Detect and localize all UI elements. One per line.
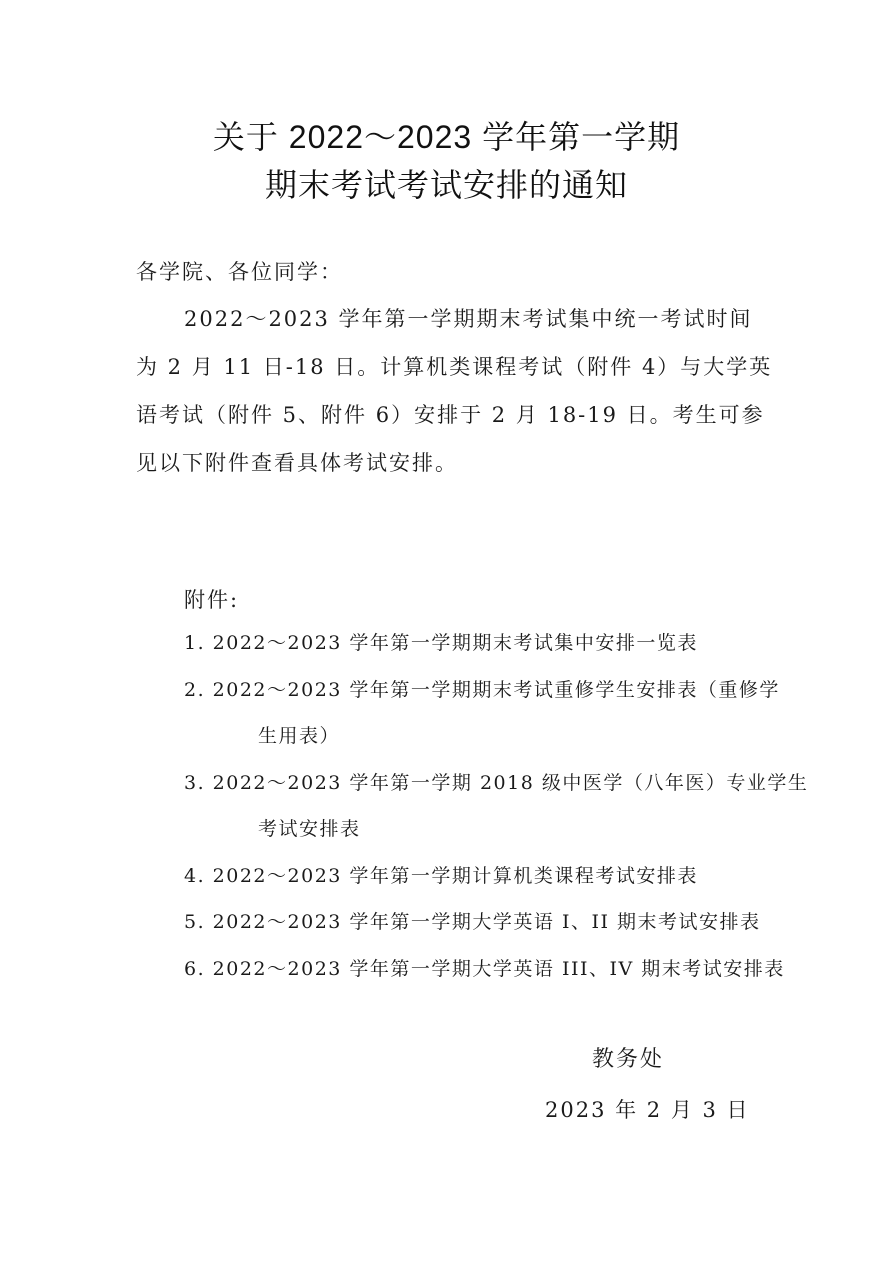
signature-date: 2023 年 2 月 3 日 <box>545 1094 750 1124</box>
paragraph-line: 见以下附件查看具体考试安排。 <box>136 439 766 487</box>
signature-office: 教务处 <box>592 1042 664 1073</box>
body-paragraph: 2022～2023 学年第一学期期末考试集中统一考试时间 为 2 月 11 日-… <box>136 295 766 487</box>
paragraph-line: 为 2 月 11 日-18 日。计算机类课程考试（附件 4）与大学英 <box>136 343 766 391</box>
attachment-item-6: 6. 2022～2023 学年第一学期大学英语 III、IV 期末考试安排表 <box>184 946 808 993</box>
attachment-item-3: 3. 2022～2023 学年第一学期 2018 级中医学（八年医）专业学生 <box>184 760 808 807</box>
attachment-item-2: 2. 2022～2023 学年第一学期期末考试重修学生安排表（重修学 <box>184 667 808 714</box>
paragraph-line: 2022～2023 学年第一学期期末考试集中统一考试时间 <box>136 295 766 343</box>
attachment-item-2-continuation: 生用表） <box>184 713 808 760</box>
title-line-2: 期末考试考试安排的通知 <box>0 160 893 206</box>
attachment-item-5: 5. 2022～2023 学年第一学期大学英语 I、II 期末考试安排表 <box>184 899 808 946</box>
salutation: 各学院、各位同学： <box>136 248 343 296</box>
paragraph-line: 语考试（附件 5、附件 6）安排于 2 月 18-19 日。考生可参 <box>136 391 766 439</box>
attachment-item-4: 4. 2022～2023 学年第一学期计算机类课程考试安排表 <box>184 853 808 900</box>
attachments-label: 附件: <box>184 576 239 624</box>
attachment-item-1: 1. 2022～2023 学年第一学期期末考试集中安排一览表 <box>184 620 808 667</box>
title-line-1: 关于 2022～2023 学年第一学期 <box>0 112 893 158</box>
attachment-item-3-continuation: 考试安排表 <box>184 806 808 853</box>
attachments-list: 1. 2022～2023 学年第一学期期末考试集中安排一览表 2. 2022～2… <box>184 620 808 992</box>
